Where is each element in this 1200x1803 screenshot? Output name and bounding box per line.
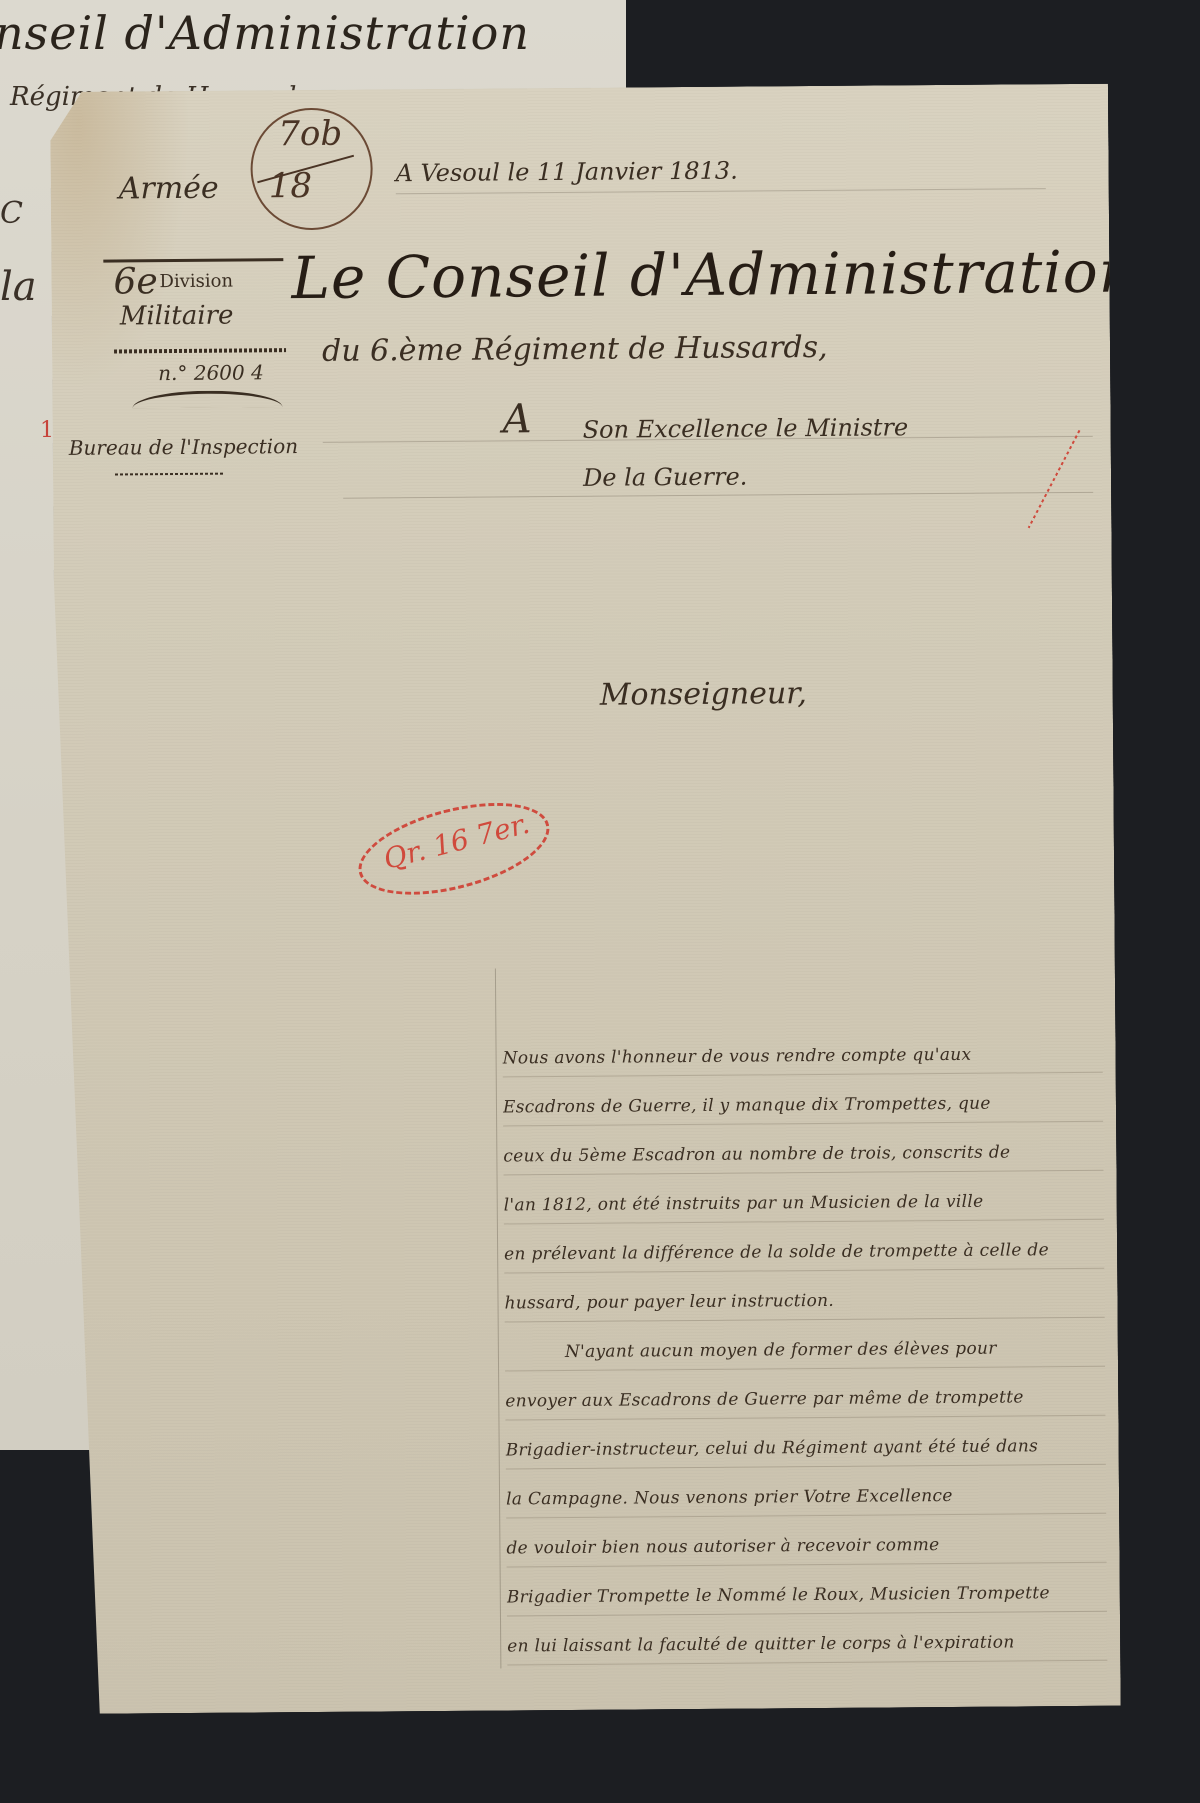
- body-line: envoyer aux Escadrons de Guerre par même…: [505, 1367, 1105, 1421]
- stamp-bottom-text: 18: [269, 166, 313, 206]
- division-sub: Militaire: [120, 301, 234, 332]
- division-number: 6e: [113, 261, 158, 302]
- bureau-label: Bureau de l'Inspection: [69, 434, 298, 460]
- wavy-divider: [114, 348, 286, 353]
- background-red-mark: 1: [40, 418, 54, 443]
- body-line: l'an 1812, ont été instruits par un Musi…: [504, 1171, 1104, 1225]
- body-line: Brigadier Trompette le Nommé le Roux, Mu…: [507, 1563, 1107, 1617]
- place-date: A Vesoul le 11 Janvier 1813.: [396, 157, 738, 188]
- date-rule: [396, 188, 1046, 194]
- reference-number: n.° 2600 4: [158, 360, 264, 385]
- red-dotted-mark: [1028, 430, 1081, 528]
- address-rule: [343, 492, 1093, 499]
- letter-title: Le Conseil d'Administration: [291, 237, 1137, 312]
- background-fragment: C: [0, 196, 23, 231]
- body-line: hussard, pour payer leur instruction.: [504, 1269, 1104, 1323]
- body-line: de vouloir bien nous autoriser à recevoi…: [506, 1514, 1106, 1568]
- bureau-underline: [115, 473, 225, 476]
- brace-ornament: [132, 390, 282, 408]
- body-line: en lui laissant la faculté de quitter le…: [507, 1612, 1107, 1666]
- letter-sheet: Armée 7ob 18 A Vesoul le 11 Janvier 1813…: [50, 84, 1121, 1714]
- addressee-line-2: De la Guerre.: [583, 463, 748, 492]
- body-line: en prélevant la différence de la solde d…: [504, 1220, 1104, 1274]
- body-line: ceux du 5ème Escadron au nombre de trois…: [503, 1122, 1103, 1176]
- body-line: Brigadier-instructeur, celui du Régiment…: [505, 1416, 1105, 1470]
- addressee-prefix: A: [502, 396, 531, 442]
- body-line: Nous avons l'honneur de vous rendre comp…: [502, 1024, 1102, 1078]
- body-line: Escadrons de Guerre, il y manque dix Tro…: [503, 1073, 1103, 1127]
- body-line: la Campagne. Nous venons prier Votre Exc…: [506, 1465, 1106, 1519]
- margin-line: [495, 969, 501, 1669]
- division-label: Division: [159, 271, 233, 293]
- salutation: Monseigneur,: [600, 676, 807, 713]
- letter-subtitle: du 6.ème Régiment de Hussards,: [322, 330, 828, 369]
- background-sheet-title: nseil d'Administration: [0, 6, 530, 60]
- paper-stain: [50, 91, 192, 392]
- armee-label: Armée: [119, 171, 219, 207]
- background-fragment: la: [0, 264, 37, 310]
- stamp-top-text: 7ob: [278, 114, 342, 155]
- body-line: N'ayant aucun moyen de former des élèves…: [505, 1318, 1105, 1372]
- letter-body: Nous avons l'honneur de vous rendre comp…: [502, 1024, 1107, 1666]
